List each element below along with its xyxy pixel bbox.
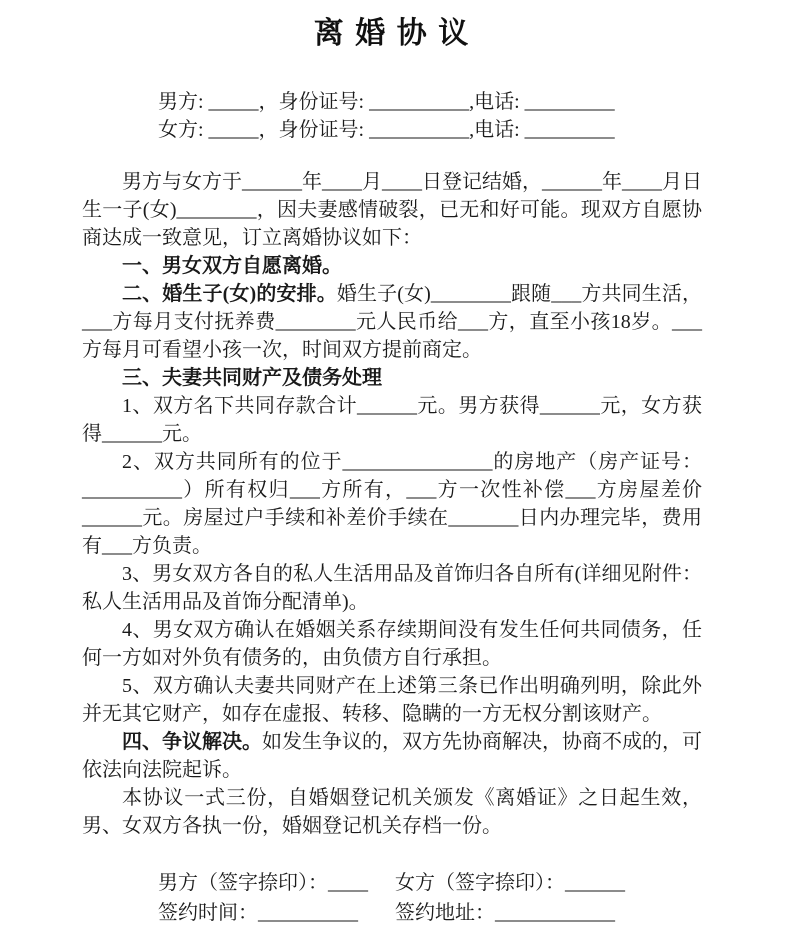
paragraph-clause-3-item-1-deposits: 1、双方名下共同存款合计______元。男方获得______元，女方获得____… bbox=[82, 392, 702, 448]
text-run: 4、男女双方确认在婚姻关系存续期间没有发生任何共同债务，任何一方如对外负有债务的… bbox=[82, 619, 702, 669]
husband-signature-line: 男方（签字捺印）：____ bbox=[158, 868, 395, 898]
signature-row-meta: 签约时间：__________ 签约地址：____________ bbox=[158, 898, 702, 928]
paragraph-closing-effectiveness: 本协议一式三份，自婚姻登记机关颁发《离婚证》之日起生效，男、女双方各执一份，婚姻… bbox=[82, 784, 702, 840]
text-run: 本协议一式三份，自婚姻登记机关颁发《离婚证》之日起生效，男、女双方各执一份，婚姻… bbox=[82, 787, 702, 837]
paragraph-clause-3-item-3-personal-items: 3、男女双方各自的私人生活用品及首饰归各自所有(详细见附件：私人生活用品及首饰分… bbox=[82, 560, 702, 616]
paragraph-clause-3-property-heading: 三、夫妻共同财产及债务处理 bbox=[82, 364, 702, 392]
text-run: 男方: _____，身份证号: __________,电话: _________ bbox=[158, 91, 615, 113]
text-run: 男方与女方于______年____月____日登记结婚，______年____月… bbox=[82, 171, 702, 249]
text-run: 2、双方共同所有的位于_______________的房地产（房产证号：____… bbox=[82, 451, 702, 557]
text-run: 5、双方确认夫妻共同财产在上述第三条已作出明确列明，除此外并无其它财产，如存在虚… bbox=[82, 675, 702, 725]
signing-address-line: 签约地址：____________ bbox=[395, 898, 702, 928]
paragraph-clause-2-child-arrangement: 二、婚生子(女)的安排。婚生子(女)________跟随___方共同生活，___… bbox=[82, 280, 702, 364]
document-body: 男方: _____，身份证号: __________,电话: _________… bbox=[82, 88, 702, 840]
document-page: 离 婚 协 议 男方: _____，身份证号: __________,电话: _… bbox=[0, 0, 800, 932]
text-run: 3、男女双方各自的私人生活用品及首饰归各自所有(详细见附件：私人生活用品及首饰分… bbox=[82, 563, 702, 613]
paragraph-clause-3-item-5-disclosure: 5、双方确认夫妻共同财产在上述第三条已作出明确列明，除此外并无其它财产，如存在虚… bbox=[82, 672, 702, 728]
paragraph-party-husband: 男方: _____，身份证号: __________,电话: _________ bbox=[82, 88, 702, 116]
signing-date-line: 签约时间：__________ bbox=[158, 898, 395, 928]
paragraph-party-wife: 女方: _____，身份证号: __________,电话: _________ bbox=[82, 116, 702, 144]
text-run: 女方: _____，身份证号: __________,电话: _________ bbox=[158, 119, 615, 141]
clause-heading-run: 二、婚生子(女)的安排。 bbox=[122, 283, 337, 305]
clause-heading-run: 一、男女双方自愿离婚。 bbox=[122, 255, 342, 277]
signature-row-parties: 男方（签字捺印）：____ 女方（签字捺印）：______ bbox=[158, 868, 702, 898]
wife-signature-line: 女方（签字捺印）：______ bbox=[395, 868, 702, 898]
paragraph-clause-3-item-2-real-estate: 2、双方共同所有的位于_______________的房地产（房产证号：____… bbox=[82, 448, 702, 560]
signature-block: 男方（签字捺印）：____ 女方（签字捺印）：______ 签约时间：_____… bbox=[82, 868, 702, 928]
paragraph-preamble: 男方与女方于______年____月____日登记结婚，______年____月… bbox=[82, 168, 702, 252]
text-run: 1、双方名下共同存款合计______元。男方获得______元，女方获得____… bbox=[82, 395, 702, 445]
paragraph-clause-3-item-4-debts: 4、男女双方确认在婚姻关系存续期间没有发生任何共同债务，任何一方如对外负有债务的… bbox=[82, 616, 702, 672]
paragraph-clause-4-dispute-resolution: 四、争议解决。如发生争议的，双方先协商解决，协商不成的，可依法向法院起诉。 bbox=[82, 728, 702, 784]
document-title: 离 婚 协 议 bbox=[82, 14, 702, 54]
clause-heading-run: 三、夫妻共同财产及债务处理 bbox=[122, 367, 382, 389]
clause-heading-run: 四、争议解决。 bbox=[122, 731, 262, 753]
paragraph-clause-1-voluntary-divorce: 一、男女双方自愿离婚。 bbox=[82, 252, 702, 280]
